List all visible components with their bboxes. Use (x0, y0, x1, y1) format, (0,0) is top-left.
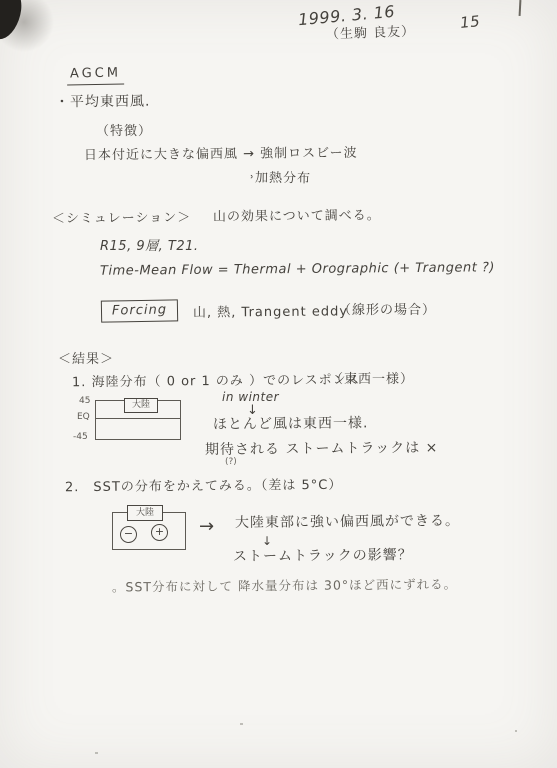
simulation-heading: ＜シミュレーション＞ (52, 210, 191, 227)
feature-sub: ˒加熱分布 (250, 171, 311, 187)
scan-speck (515, 730, 517, 732)
domain-rectangle: 大陸 (95, 400, 181, 440)
continent-box: 大陸 (124, 398, 158, 413)
warm-anomaly-icon: + (151, 524, 168, 541)
sst-diagram: 大陸 − + (112, 504, 192, 552)
scan-speck (95, 752, 98, 754)
scanned-note-page: 1999. 3. 16 （生駒 良友） 15 AGCM ・平均東西風. （特徴）… (0, 0, 557, 768)
page-number: 15 (459, 12, 481, 32)
result1-finding2-question: (?) (225, 457, 237, 468)
result1-text: 1. 海陸分布（ 0 or 1 のみ ）でのレスポンス (72, 373, 360, 391)
result1-note: （東西一様） (330, 372, 414, 388)
forcing-items: 山, 熱, Trangent eddy (193, 304, 348, 321)
forcing-note: （線形の場合） (338, 303, 436, 319)
equation: Time-Mean Flow = Thermal + Orographic (+… (100, 260, 495, 279)
feature-heading: （特徴） (96, 124, 152, 140)
equator-line (96, 418, 180, 419)
scan-speck (240, 723, 243, 725)
note-title: AGCM (67, 66, 124, 86)
result2-finding2: ストームトラックの影響？ (233, 547, 413, 565)
down-arrow-icon: ↓ (262, 534, 273, 548)
latitude-label-bottom: -45 (73, 432, 88, 442)
cold-anomaly-icon: − (120, 526, 137, 543)
result1-finding1: ほとんど風は東西一様. (213, 415, 369, 433)
intro-topic: ・平均東西風. (55, 94, 151, 112)
feature-line: 日本付近に大きな偏西風 → 強制ロスビー波 (84, 146, 358, 164)
result2-finding1: 大陸東部に強い偏西風ができる。 (235, 513, 460, 532)
result2-finding3: 。SST分布に対して 降水量分布は 30°ほど西にずれる。 (112, 576, 457, 594)
scan-edge-mark (519, 0, 522, 16)
result2-text: 2. SSTの分布をかえてみる。（差は 5°C） (65, 478, 342, 496)
latitude-label-top: 45 (79, 396, 90, 406)
right-arrow-icon: → (199, 516, 215, 538)
simulation-purpose: 山の効果について調べる。 (213, 208, 381, 225)
land-sea-diagram: 45 EQ -45 大陸 (70, 394, 185, 446)
latitude-label-equator: EQ (77, 412, 90, 422)
note-author: （生駒 良友） (326, 24, 416, 43)
model-spec: R15, 9層, T21. (100, 239, 199, 255)
continent-box: 大陸 (127, 505, 163, 521)
forcing-box: Forcing (101, 299, 178, 322)
result1-finding2: 期待される ストームトラックは × (205, 440, 438, 459)
domain-rectangle: 大陸 − + (112, 512, 186, 550)
results-heading: ＜結果＞ (58, 352, 114, 368)
